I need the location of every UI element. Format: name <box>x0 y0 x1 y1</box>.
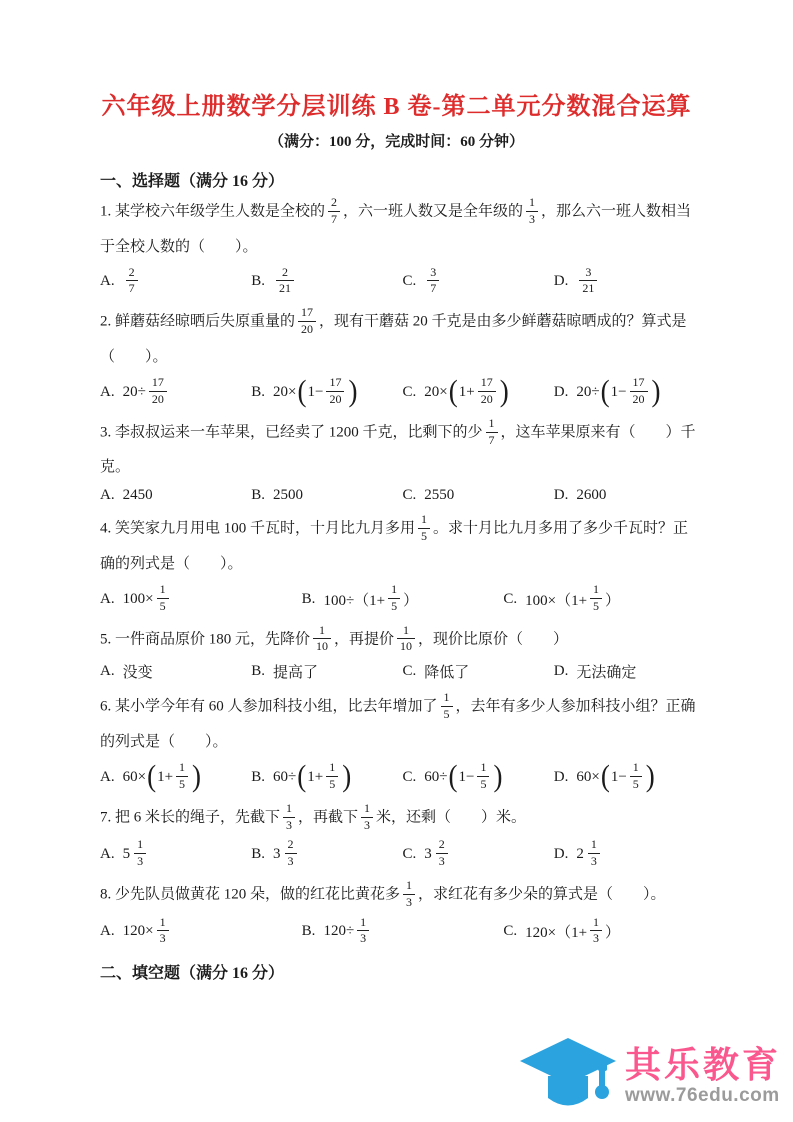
fraction-denominator: 21 <box>579 280 597 296</box>
option-B: B.323 <box>251 839 402 870</box>
fraction-numerator: 1 <box>157 916 169 931</box>
text-run: 4. 笑笑家九月用电 100 千瓦时，十月比九月多用 <box>100 521 415 537</box>
question-line: 于全校人数的（ ）。 <box>100 234 705 261</box>
option-content: 60×(1+15) <box>123 762 202 793</box>
mixed-number-whole: 2 <box>576 846 584 863</box>
question-line: 5. 一件商品原价 180 元，先降价110，再提价110，现价比原价（ ） <box>100 625 705 656</box>
option-content: 27 <box>123 267 141 298</box>
fraction-denominator: 3 <box>361 817 373 833</box>
text-run: ，现有干蘑菇 20 千克是由多少鲜蘑菇晾晒成的？算式是 <box>319 314 687 330</box>
fraction-numerator: 1 <box>361 802 373 817</box>
option-label: B. <box>251 769 265 786</box>
fraction-numerator: 1 <box>526 196 538 211</box>
text-run: 100× <box>123 591 154 608</box>
question-2: 2. 鲜蘑菇经晾晒后失原重量的1720，现有干蘑菇 20 千克是由多少鲜蘑菇晾晒… <box>100 307 705 408</box>
option-content: 323 <box>424 839 451 870</box>
question-line: 8. 少先队员做黄花 120 朵，做的红花比黄花多13，求红花有多少朵的算式是（… <box>100 880 705 911</box>
tall-parenthesis: ( <box>297 759 306 794</box>
text-run: 克。 <box>100 459 130 475</box>
mixed-number-whole: 5 <box>123 846 131 863</box>
option-content: 60×(1−15) <box>576 762 655 793</box>
option-label: B. <box>251 487 265 504</box>
option-label: A. <box>100 487 115 504</box>
options-row: A.2450B.2500C.2550D.2600 <box>100 487 705 504</box>
question-line: 2. 鲜蘑菇经晾晒后失原重量的1720，现有干蘑菇 20 千克是由多少鲜蘑菇晾晒… <box>100 307 705 338</box>
option-content: 2550 <box>424 487 454 504</box>
option-A: A.20÷1720 <box>100 377 251 408</box>
option-content: 20×(1+1720) <box>424 377 509 408</box>
option-label: A. <box>100 663 115 680</box>
tall-parenthesis: ( <box>449 374 458 409</box>
option-C: C.2550 <box>403 487 554 504</box>
graduation-cap-icon <box>518 1036 618 1116</box>
fraction-denominator: 20 <box>478 391 496 407</box>
fraction: 15 <box>441 691 453 722</box>
fraction-denominator: 3 <box>526 211 538 227</box>
options-row: A.20÷1720B.20×(1−1720)C.20×(1+1720)D.20÷… <box>100 377 705 408</box>
fraction-numerator: 1 <box>477 761 489 776</box>
fraction-numerator: 3 <box>427 266 439 281</box>
fraction-numerator: 1 <box>418 513 430 528</box>
text-run: ） <box>403 589 418 610</box>
option-label: C. <box>403 769 417 786</box>
option-D: D.20÷(1−1720) <box>554 377 705 408</box>
option-content: 提高了 <box>273 661 318 682</box>
fraction-denominator: 5 <box>441 706 453 722</box>
mixed-number-whole: 3 <box>424 846 432 863</box>
option-label: B. <box>251 384 265 401</box>
fraction-numerator: 1 <box>403 879 415 894</box>
text-run: 100×（1+ <box>525 589 587 610</box>
text-run: 于全校人数的（ ）。 <box>100 239 258 255</box>
fraction-denominator: 3 <box>357 930 369 946</box>
option-label: D. <box>554 663 569 680</box>
question-7: 7. 把 6 米长的绳子，先截下13，再截下13米，还剩（ ）米。A.513B.… <box>100 803 705 870</box>
text-run: ，求红花有多少朵的算式是（ ）。 <box>418 887 666 903</box>
fraction-numerator: 1 <box>388 583 400 598</box>
logo-text-block: 其乐教育 www.76edu.com <box>625 1045 781 1108</box>
text-run: 8. 少先队员做黄花 120 朵，做的红花比黄花多 <box>100 887 400 903</box>
fraction-numerator: 1 <box>134 838 146 853</box>
fraction-numerator: 2 <box>276 266 294 281</box>
text-run: ，再截下 <box>298 809 358 825</box>
option-C: C.120×（1+13） <box>503 917 705 948</box>
option-label: B. <box>302 923 316 940</box>
option-content: 20×(1−1720) <box>273 377 358 408</box>
text-run: 120÷ <box>323 923 354 940</box>
fraction-numerator: 1 <box>283 802 295 817</box>
options-row: A.60×(1+15)B.60÷(1+15)C.60÷(1−15)D.60×(1… <box>100 762 705 793</box>
fraction-denominator: 5 <box>326 776 338 792</box>
text-run: 1− <box>459 769 475 786</box>
text-run: 没变 <box>123 661 153 682</box>
tall-parenthesis: ( <box>147 759 156 794</box>
fraction-denominator: 3 <box>403 894 415 910</box>
question-line: 的列式是（ ）。 <box>100 729 705 756</box>
question-line: 7. 把 6 米长的绳子，先截下13，再截下13米，还剩（ ）米。 <box>100 803 705 834</box>
option-B: B.120÷13 <box>302 917 504 948</box>
fraction-numerator: 3 <box>579 266 597 281</box>
option-label: C. <box>503 591 517 608</box>
text-run: 20÷ <box>576 384 599 401</box>
text-run: 6. 某小学今年有 60 人参加科技小组，比去年增加了 <box>100 699 438 715</box>
text-run: ，六一班人数又是全年级的 <box>343 204 523 220</box>
fraction: 1720 <box>326 376 344 407</box>
fraction-numerator: 1 <box>176 761 188 776</box>
text-run: 5. 一件商品原价 180 元，先降价 <box>100 631 310 647</box>
options-row: A.120×13B.120÷13C.120×（1+13） <box>100 917 705 948</box>
option-A: A.513 <box>100 839 251 870</box>
footer-logo: 其乐教育 www.76edu.com <box>518 1036 781 1116</box>
option-C: C.60÷(1−15) <box>403 762 554 793</box>
text-run: 2600 <box>576 487 606 504</box>
fraction: 15 <box>388 583 400 614</box>
page-title: 六年级上册数学分层训练 B 卷-第二单元分数混合运算 <box>0 0 793 121</box>
tall-parenthesis: ) <box>342 759 351 794</box>
fraction-denominator: 20 <box>326 391 344 407</box>
fraction: 15 <box>630 761 642 792</box>
fraction: 15 <box>418 513 430 544</box>
fraction: 13 <box>357 916 369 947</box>
question-8: 8. 少先队员做黄花 120 朵，做的红花比黄花多13，求红花有多少朵的算式是（… <box>100 880 705 947</box>
fraction-denominator: 3 <box>436 853 448 869</box>
tall-parenthesis: ( <box>601 374 610 409</box>
option-D: D.无法确定 <box>554 661 705 682</box>
option-C: C.100×（1+15） <box>503 584 705 615</box>
text-run: 。求十月比九月多用了多少千瓦时？正 <box>433 521 688 537</box>
option-content: 221 <box>273 267 297 298</box>
option-B: B.221 <box>251 267 402 298</box>
fraction-numerator: 2 <box>126 266 138 281</box>
question-line: 1. 某学校六年级学生人数是全校的27，六一班人数又是全年级的13，那么六一班人… <box>100 197 705 228</box>
section-heading: 一、选择题（满分 16 分） <box>100 168 705 191</box>
text-run: ，这车苹果原来有（ ）千 <box>501 425 696 441</box>
option-label: C. <box>503 923 517 940</box>
tall-parenthesis: ) <box>493 759 502 794</box>
options-row: A.513B.323C.323D.213 <box>100 839 705 870</box>
option-D: D.213 <box>554 839 705 870</box>
fraction: 110 <box>397 624 415 655</box>
option-label: A. <box>100 846 115 863</box>
fraction-denominator: 5 <box>176 776 188 792</box>
fraction-denominator: 5 <box>630 776 642 792</box>
fraction-denominator: 3 <box>588 853 600 869</box>
text-run: ，去年有多少人参加科技小组？正确 <box>456 699 696 715</box>
fraction-denominator: 10 <box>397 638 415 654</box>
options-row: A.27B.221C.37D.321 <box>100 267 705 298</box>
option-B: B.60÷(1+15) <box>251 762 402 793</box>
fraction: 15 <box>326 761 338 792</box>
text-run: 60÷ <box>424 769 447 786</box>
option-content: 120×（1+13） <box>525 917 620 948</box>
fraction-denominator: 5 <box>157 598 169 614</box>
text-run: 降低了 <box>424 661 469 682</box>
option-content: 321 <box>576 267 600 298</box>
text-run: 确的列式是（ ）。 <box>100 556 243 572</box>
option-content: 323 <box>273 839 300 870</box>
option-content: 20÷(1−1720) <box>576 377 661 408</box>
text-run: 120×（1+ <box>525 921 587 942</box>
text-run: （ ）。 <box>100 349 168 365</box>
tall-parenthesis: ) <box>646 759 655 794</box>
option-label: B. <box>302 591 316 608</box>
text-run: ，那么六一班人数相当 <box>541 204 691 220</box>
option-content: 513 <box>123 839 150 870</box>
fraction: 1720 <box>298 306 316 337</box>
question-line: （ ）。 <box>100 344 705 371</box>
question-line: 确的列式是（ ）。 <box>100 551 705 578</box>
fraction: 15 <box>590 583 602 614</box>
text-run: 100÷（1+ <box>323 589 385 610</box>
fraction-numerator: 17 <box>478 376 496 391</box>
question-line: 4. 笑笑家九月用电 100 千瓦时，十月比九月多用15。求十月比九月多用了多少… <box>100 514 705 545</box>
option-content: 2450 <box>123 487 153 504</box>
option-content: 2600 <box>576 487 606 504</box>
fraction: 27 <box>328 196 340 227</box>
question-line: 克。 <box>100 454 705 481</box>
fraction: 221 <box>276 266 294 297</box>
fraction: 15 <box>477 761 489 792</box>
fraction-denominator: 5 <box>590 598 602 614</box>
logo-brand-text: 其乐教育 <box>625 1045 781 1085</box>
options-row: A.没变B.提高了C.降低了D.无法确定 <box>100 661 705 682</box>
option-label: A. <box>100 923 115 940</box>
option-content: 37 <box>424 267 442 298</box>
text-run: 60× <box>123 769 146 786</box>
text-run: 2550 <box>424 487 454 504</box>
logo-url-text: www.76edu.com <box>625 1085 781 1107</box>
option-label: C. <box>403 384 417 401</box>
fraction-numerator: 17 <box>149 376 167 391</box>
option-content: 降低了 <box>424 661 469 682</box>
tall-parenthesis: ( <box>297 374 306 409</box>
fraction: 1720 <box>478 376 496 407</box>
option-A: A.2450 <box>100 487 251 504</box>
text-run: ，再提价 <box>334 631 394 647</box>
option-label: C. <box>403 487 417 504</box>
text-run: 20× <box>424 384 447 401</box>
fraction: 13 <box>590 916 602 947</box>
option-label: A. <box>100 769 115 786</box>
fraction-numerator: 17 <box>326 376 344 391</box>
option-content: 2500 <box>273 487 303 504</box>
tall-parenthesis: ) <box>652 374 661 409</box>
option-label: C. <box>403 273 417 290</box>
option-content: 20÷1720 <box>123 377 170 408</box>
fraction-denominator: 3 <box>157 930 169 946</box>
option-B: B.100÷（1+15） <box>302 584 504 615</box>
question-line: 3. 李叔叔运来一车苹果，已经卖了 1200 千克，比剩下的少17，这车苹果原来… <box>100 418 705 449</box>
option-D: D.321 <box>554 267 705 298</box>
text-run: 的列式是（ ）。 <box>100 734 228 750</box>
question-line: 6. 某小学今年有 60 人参加科技小组，比去年增加了15，去年有多少人参加科技… <box>100 692 705 723</box>
question-5: 5. 一件商品原价 180 元，先降价110，再提价110，现价比原价（ ）A.… <box>100 625 705 683</box>
fraction-denominator: 3 <box>590 930 602 946</box>
fraction-numerator: 1 <box>590 916 602 931</box>
text-run: 60× <box>576 769 599 786</box>
fraction-numerator: 1 <box>313 624 331 639</box>
fraction-denominator: 10 <box>313 638 331 654</box>
option-A: A.120×13 <box>100 917 302 948</box>
fraction: 37 <box>427 266 439 297</box>
option-content: 100÷（1+15） <box>323 584 418 615</box>
fraction-numerator: 2 <box>285 838 297 853</box>
fraction: 1720 <box>630 376 648 407</box>
fraction-denominator: 5 <box>418 528 430 544</box>
option-C: C.323 <box>403 839 554 870</box>
fraction-numerator: 1 <box>590 583 602 598</box>
option-label: B. <box>251 273 265 290</box>
option-label: D. <box>554 273 569 290</box>
option-D: D.60×(1−15) <box>554 762 705 793</box>
fraction: 23 <box>436 838 448 869</box>
page-subtitle: （满分：100 分，完成时间：60 分钟） <box>0 130 793 151</box>
option-content: 无法确定 <box>576 661 636 682</box>
fraction-denominator: 20 <box>630 391 648 407</box>
option-label: D. <box>554 487 569 504</box>
fraction-denominator: 7 <box>427 280 439 296</box>
option-B: B.提高了 <box>251 661 402 682</box>
fraction: 110 <box>313 624 331 655</box>
text-run: 米，还剩（ ）米。 <box>376 809 526 825</box>
option-content: 100×15 <box>123 584 172 615</box>
text-run: 1+ <box>459 384 475 401</box>
fraction: 15 <box>157 583 169 614</box>
option-label: B. <box>251 846 265 863</box>
question-4: 4. 笑笑家九月用电 100 千瓦时，十月比九月多用15。求十月比九月多用了多少… <box>100 514 705 614</box>
fraction: 15 <box>176 761 188 792</box>
tall-parenthesis: ) <box>192 759 201 794</box>
sections-container: 一、选择题（满分 16 分）1. 某学校六年级学生人数是全校的27，六一班人数又… <box>0 151 793 983</box>
fraction: 27 <box>126 266 138 297</box>
option-A: A.没变 <box>100 661 251 682</box>
fraction-numerator: 1 <box>486 417 498 432</box>
fraction-denominator: 5 <box>477 776 489 792</box>
fraction: 13 <box>403 879 415 910</box>
fraction: 321 <box>579 266 597 297</box>
option-label: A. <box>100 591 115 608</box>
fraction: 13 <box>588 838 600 869</box>
fraction-numerator: 1 <box>588 838 600 853</box>
fraction-numerator: 1 <box>630 761 642 776</box>
fraction-denominator: 3 <box>283 817 295 833</box>
option-content: 120÷13 <box>323 917 372 948</box>
option-label: A. <box>100 273 115 290</box>
text-run: 2500 <box>273 487 303 504</box>
text-run: ） <box>605 921 620 942</box>
option-A: A.60×(1+15) <box>100 762 251 793</box>
fraction-numerator: 2 <box>328 196 340 211</box>
text-run: 1− <box>611 769 627 786</box>
fraction-numerator: 1 <box>397 624 415 639</box>
fraction-numerator: 17 <box>298 306 316 321</box>
option-C: C.37 <box>403 267 554 298</box>
option-B: B.2500 <box>251 487 402 504</box>
text-run: 1− <box>611 384 627 401</box>
option-content: 60÷(1+15) <box>273 762 352 793</box>
fraction: 13 <box>157 916 169 947</box>
text-run: 2. 鲜蘑菇经晾晒后失原重量的 <box>100 314 295 330</box>
text-run: 1. 某学校六年级学生人数是全校的 <box>100 204 325 220</box>
tall-parenthesis: ( <box>601 759 610 794</box>
text-run: 2450 <box>123 487 153 504</box>
fraction: 1720 <box>149 376 167 407</box>
text-run: ） <box>605 589 620 610</box>
option-label: D. <box>554 769 569 786</box>
fraction-numerator: 1 <box>357 916 369 931</box>
option-A: A.27 <box>100 267 251 298</box>
option-content: 213 <box>576 839 603 870</box>
text-run: 3. 李叔叔运来一车苹果，已经卖了 1200 千克，比剩下的少 <box>100 425 483 441</box>
fraction-numerator: 1 <box>326 761 338 776</box>
mixed-number-whole: 3 <box>273 846 281 863</box>
fraction-denominator: 20 <box>298 321 316 337</box>
fraction: 13 <box>283 802 295 833</box>
text-run: 无法确定 <box>576 661 636 682</box>
fraction-numerator: 1 <box>441 691 453 706</box>
option-label: D. <box>554 846 569 863</box>
fraction-numerator: 1 <box>157 583 169 598</box>
option-label: B. <box>251 663 265 680</box>
fraction-denominator: 20 <box>149 391 167 407</box>
text-run: 1− <box>307 384 323 401</box>
option-C: C.降低了 <box>403 661 554 682</box>
fraction-denominator: 7 <box>328 211 340 227</box>
option-label: D. <box>554 384 569 401</box>
option-content: 没变 <box>123 661 153 682</box>
options-row: A.100×15B.100÷（1+15）C.100×（1+15） <box>100 584 705 615</box>
fraction: 13 <box>134 838 146 869</box>
tall-parenthesis: ) <box>348 374 357 409</box>
option-D: D.2600 <box>554 487 705 504</box>
text-run: ，现价比原价（ ） <box>418 631 568 647</box>
option-content: 60÷(1−15) <box>424 762 503 793</box>
option-content: 120×13 <box>123 917 172 948</box>
option-B: B.20×(1−1720) <box>251 377 402 408</box>
fraction-denominator: 5 <box>388 598 400 614</box>
option-A: A.100×15 <box>100 584 302 615</box>
question-1: 1. 某学校六年级学生人数是全校的27，六一班人数又是全年级的13，那么六一班人… <box>100 197 705 297</box>
tall-parenthesis: ) <box>500 374 509 409</box>
text-run: 提高了 <box>273 661 318 682</box>
worksheet-page: 六年级上册数学分层训练 B 卷-第二单元分数混合运算 （满分：100 分，完成时… <box>0 0 793 1122</box>
option-C: C.20×(1+1720) <box>403 377 554 408</box>
fraction-denominator: 21 <box>276 280 294 296</box>
question-6: 6. 某小学今年有 60 人参加科技小组，比去年增加了15，去年有多少人参加科技… <box>100 692 705 793</box>
fraction-numerator: 2 <box>436 838 448 853</box>
text-run: 1+ <box>307 769 323 786</box>
fraction-denominator: 3 <box>285 853 297 869</box>
tall-parenthesis: ( <box>449 759 458 794</box>
fraction-denominator: 7 <box>486 432 498 448</box>
fraction: 13 <box>361 802 373 833</box>
question-3: 3. 李叔叔运来一车苹果，已经卖了 1200 千克，比剩下的少17，这车苹果原来… <box>100 418 705 505</box>
text-run: 120× <box>123 923 154 940</box>
fraction-denominator: 3 <box>134 853 146 869</box>
text-run: 20÷ <box>123 384 146 401</box>
text-run: 60÷ <box>273 769 296 786</box>
option-content: 100×（1+15） <box>525 584 620 615</box>
text-run: 20× <box>273 384 296 401</box>
fraction: 17 <box>486 417 498 448</box>
fraction-numerator: 17 <box>630 376 648 391</box>
text-run: 1+ <box>157 769 173 786</box>
text-run: 7. 把 6 米长的绳子，先截下 <box>100 809 280 825</box>
option-label: C. <box>403 846 417 863</box>
section-heading: 二、填空题（满分 16 分） <box>100 960 705 983</box>
option-label: A. <box>100 384 115 401</box>
fraction-denominator: 7 <box>126 280 138 296</box>
